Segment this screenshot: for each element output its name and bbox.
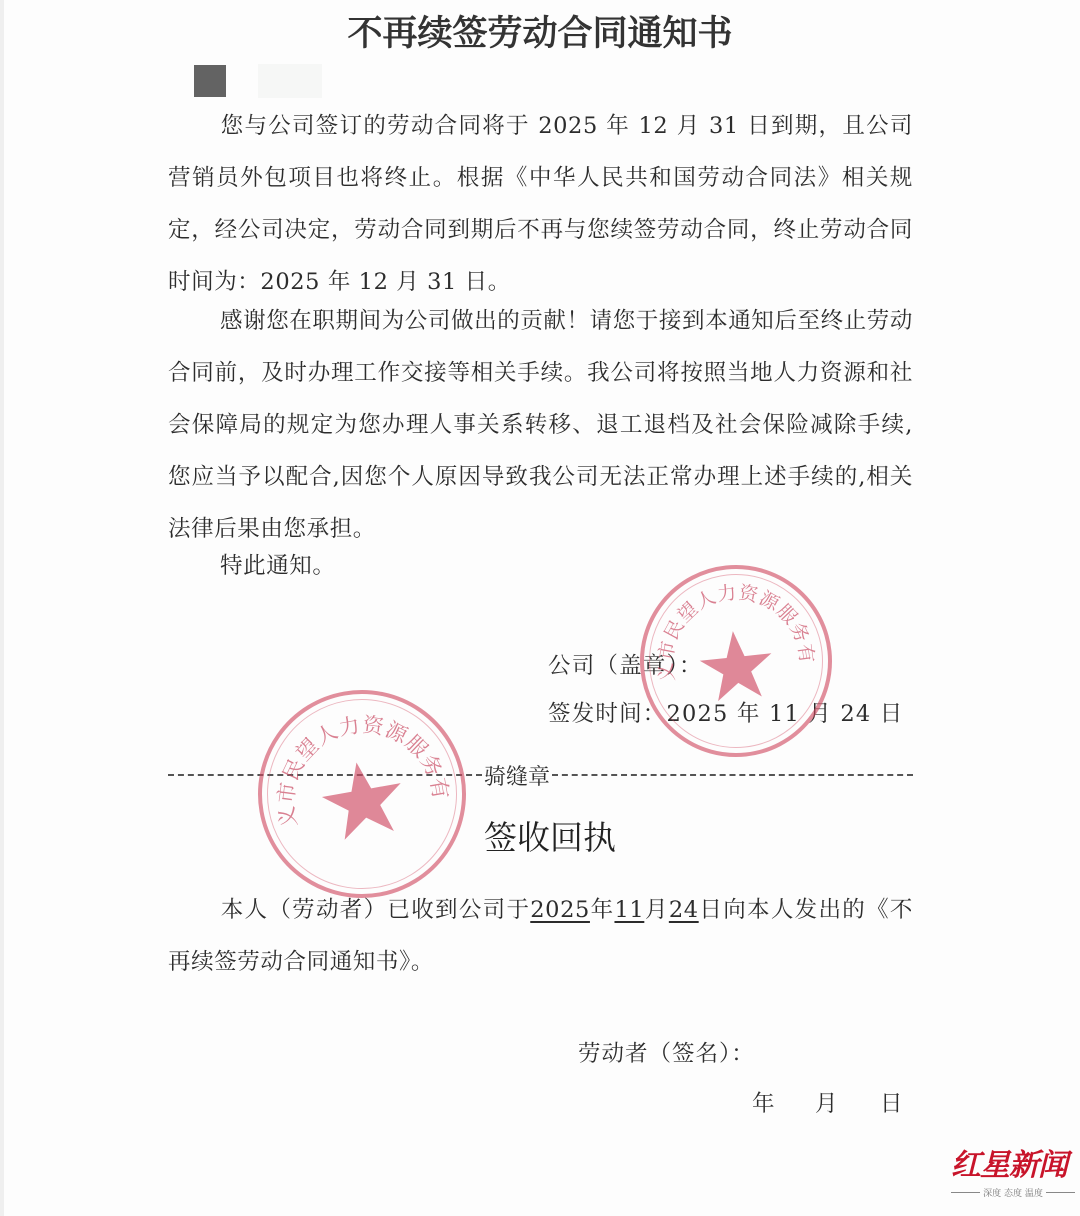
paragraph-text: 感谢您在职期间为公司做出的贡献！请您于接到本通知后至终止劳动合同前，及时办理工作… [168,308,913,542]
paragraph-contract-expiry: 您与公司签订的劳动合同将于 2025 年 12 月 31 日到期，且公司营销员外… [168,100,913,308]
receipt-text-prefix: 本人（劳动者）已收到公司于 [220,897,530,923]
seam-seal-stamp: 义市民望人力资源服务有限公司 [242,674,483,915]
redacted-recipient-name [194,65,226,97]
receipt-year: 2025 [530,897,590,923]
seal-star-icon: 义市民望人力资源服务有限公司 [635,560,837,762]
watermark-slogan: 深度 态度 温度 [983,1186,1043,1199]
redacted-recipient-name-faint [258,64,322,98]
receipt-month: 11 [614,897,644,923]
company-seal-stamp: 义市民望人力资源服务有限公司 [630,555,841,766]
seal-star-icon: 义市民望人力资源服务有限公司 [246,678,478,910]
sign-date-year: 年 [752,1086,775,1118]
worker-signature-label: 劳动者（签名）： [578,1036,755,1068]
receipt-title: 签收回执 [0,812,1080,859]
year-unit: 年 [590,897,615,923]
watermark-name: 红星新闻 [951,1148,1075,1184]
sign-date-month: 月 [815,1086,838,1118]
hongxing-news-watermark: 红星新闻 深度 态度 温度 [951,1148,1075,1199]
paragraph-text: 您与公司签订的劳动合同将于 2025 年 12 月 31 日到期，且公司营销员外… [168,113,913,295]
slogan-rule-left [951,1192,980,1193]
seam-seal-label: 骑缝章 [482,760,552,791]
paragraph-closing: 特此通知。 [220,540,965,592]
sign-date-day: 日 [880,1086,903,1118]
watermark-slogan-row: 深度 态度 温度 [951,1186,1075,1199]
page-edge [0,0,4,1216]
paragraph-handover-instructions: 感谢您在职期间为公司做出的贡献！请您于接到本通知后至终止劳动合同前，及时办理工作… [168,295,913,555]
receipt-day: 24 [669,897,699,923]
dashed-line-right [552,774,913,776]
slogan-rule-right [1046,1192,1075,1193]
month-unit: 月 [644,897,669,923]
document-title: 不再续签劳动合同通知书 [0,6,1080,56]
